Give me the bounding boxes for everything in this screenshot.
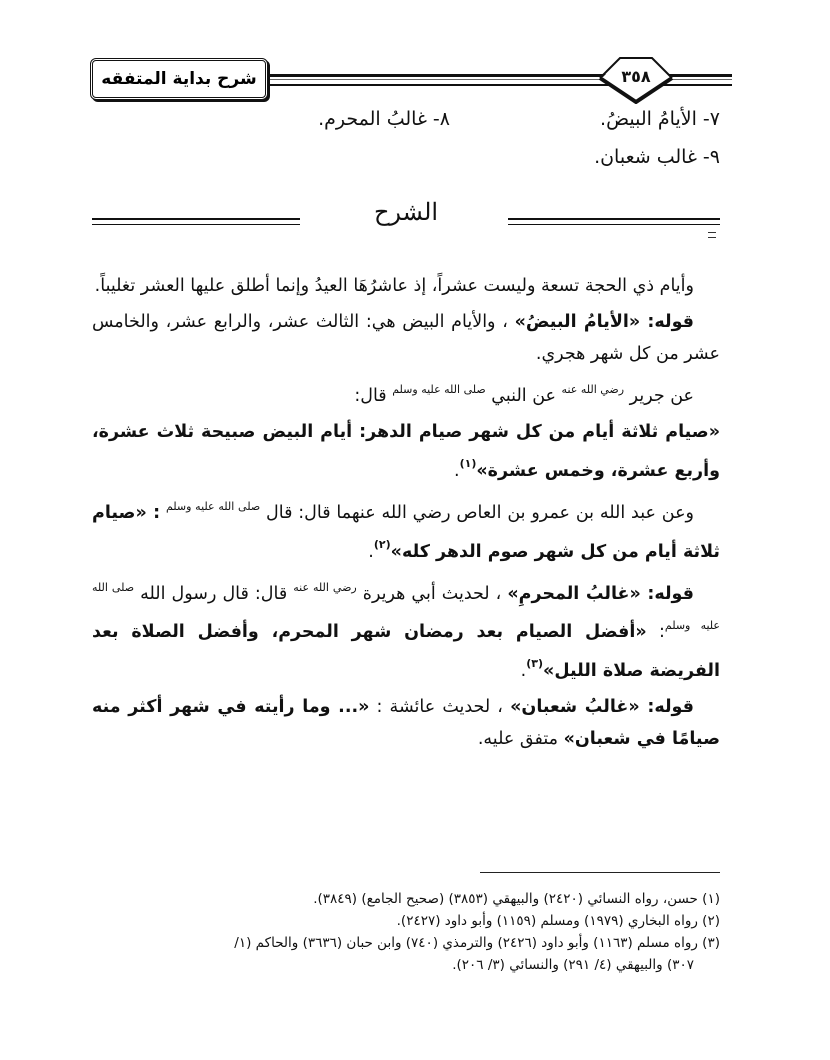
- paragraph-text: ، لحديث أبي هريرة: [363, 584, 502, 604]
- paragraph-text: عن النبي: [491, 386, 556, 406]
- section-heading: الشرح: [92, 198, 720, 238]
- list-item: ٩- غالب شعبان.: [594, 146, 720, 168]
- paragraph: قوله: «غالبُ شعبان» ، لحديث عائشة : «...…: [92, 691, 720, 755]
- footnote-text: (١) حسن، رواه النسائي (٢٤٢٠) والبيهقي (٣…: [313, 891, 720, 907]
- footnote-text: (٢) رواه البخاري (١٩٧٩) ومسلم (١١٥٩) وأب…: [397, 913, 720, 929]
- heading-rule-right: [508, 218, 720, 225]
- paragraph: وأيام ذي الحجة تسعة وليست عشراً، إذ عاشر…: [92, 270, 720, 302]
- paragraph: عن جرير رضي الله عنه عن النبي صلى الله ع…: [92, 374, 720, 412]
- book-title: شرح بداية المتفقه: [101, 69, 256, 89]
- paragraph-text: وأيام ذي الحجة تسعة وليست عشراً، إذ عاشر…: [95, 276, 694, 296]
- footnotes: (١) حسن، رواه النسائي (٢٤٢٠) والبيهقي (٣…: [92, 888, 720, 976]
- paragraph-text: عن جرير: [630, 386, 694, 406]
- double-dash-mark: [708, 232, 716, 238]
- list-item: ٧- الأيامُ البيضُ.: [600, 108, 720, 130]
- footnote-ref: (٢): [374, 538, 391, 551]
- paragraph-text: وعن عبد الله بن عمرو بن العاص رضي الله ع…: [266, 503, 694, 523]
- radiallahu-anhu-honorific-icon: رضي الله عنه: [293, 581, 357, 594]
- footnote-ref: (١): [460, 457, 477, 470]
- paragraph-text: ، لحديث عائشة :: [377, 697, 503, 717]
- footnote: (٣) رواه مسلم (١١٦٣) وأبو داود (٢٤٢٦) وا…: [92, 932, 720, 976]
- hadith-text: «صيام ثلاثة أيام من كل شهر صيام الدهر: أ…: [92, 422, 720, 481]
- footnote-ref: (٣): [526, 657, 543, 670]
- paragraph: وعن عبد الله بن عمرو بن العاص رضي الله ع…: [92, 491, 720, 568]
- book-title-frame: شرح بداية المتفقه: [90, 58, 268, 100]
- footnote-divider: [480, 872, 720, 873]
- salallahu-alayhi-wasallam-honorific-icon: صلى الله عليه وسلم: [166, 500, 260, 513]
- hadith-quote: «صيام ثلاثة أيام من كل شهر صيام الدهر: أ…: [92, 416, 720, 487]
- page-number-badge: ٣٥٨: [598, 56, 674, 104]
- page-number: ٣٥٨: [598, 67, 674, 86]
- hadith-text: «أفضل الصيام بعد رمضان شهر المحرم، وأفضل…: [92, 622, 720, 681]
- footnote-text: (٣) رواه مسلم (١١٦٣) وأبو داود (٢٤٢٦) وا…: [234, 935, 720, 951]
- paragraph: قوله: «غالبُ المحرمِ» ، لحديث أبي هريرة …: [92, 572, 720, 687]
- commentary-body: وأيام ذي الحجة تسعة وليست عشراً، إذ عاشر…: [92, 270, 720, 759]
- salallahu-alayhi-wasallam-honorific-icon: صلى الله عليه وسلم: [392, 383, 486, 396]
- radiallahu-anhu-honorific-icon: رضي الله عنه: [562, 383, 625, 396]
- footnote-continuation: ٣٠٧) والبيهقي (٤/ ٢٩١) والنسائي (٣/ ٢٠٦)…: [92, 954, 720, 976]
- quoted-term: قوله: «الأيامُ البيضُ»: [515, 312, 694, 332]
- footnote: (٢) رواه البخاري (١٩٧٩) ومسلم (١١٥٩) وأب…: [92, 910, 720, 932]
- document-page: شرح بداية المتفقه ٣٥٨ ٧- الأيامُ البيضُ.…: [0, 0, 830, 1060]
- paragraph-text: قال:: [354, 386, 386, 406]
- list-item: ٨- غالبُ المحرم.: [318, 108, 450, 130]
- quoted-term: قوله: «غالبُ المحرمِ»: [507, 584, 694, 604]
- page-header: شرح بداية المتفقه ٣٥٨: [90, 58, 732, 104]
- paragraph: قوله: «الأيامُ البيضُ» ، والأيام البيض ه…: [92, 306, 720, 370]
- quoted-term: قوله: «غالبُ شعبان»: [510, 697, 694, 717]
- paragraph-text: قال: قال رسول الله: [140, 584, 287, 604]
- footnote: (١) حسن، رواه النسائي (٢٤٢٠) والبيهقي (٣…: [92, 888, 720, 910]
- paragraph-text: متفق عليه.: [478, 729, 558, 749]
